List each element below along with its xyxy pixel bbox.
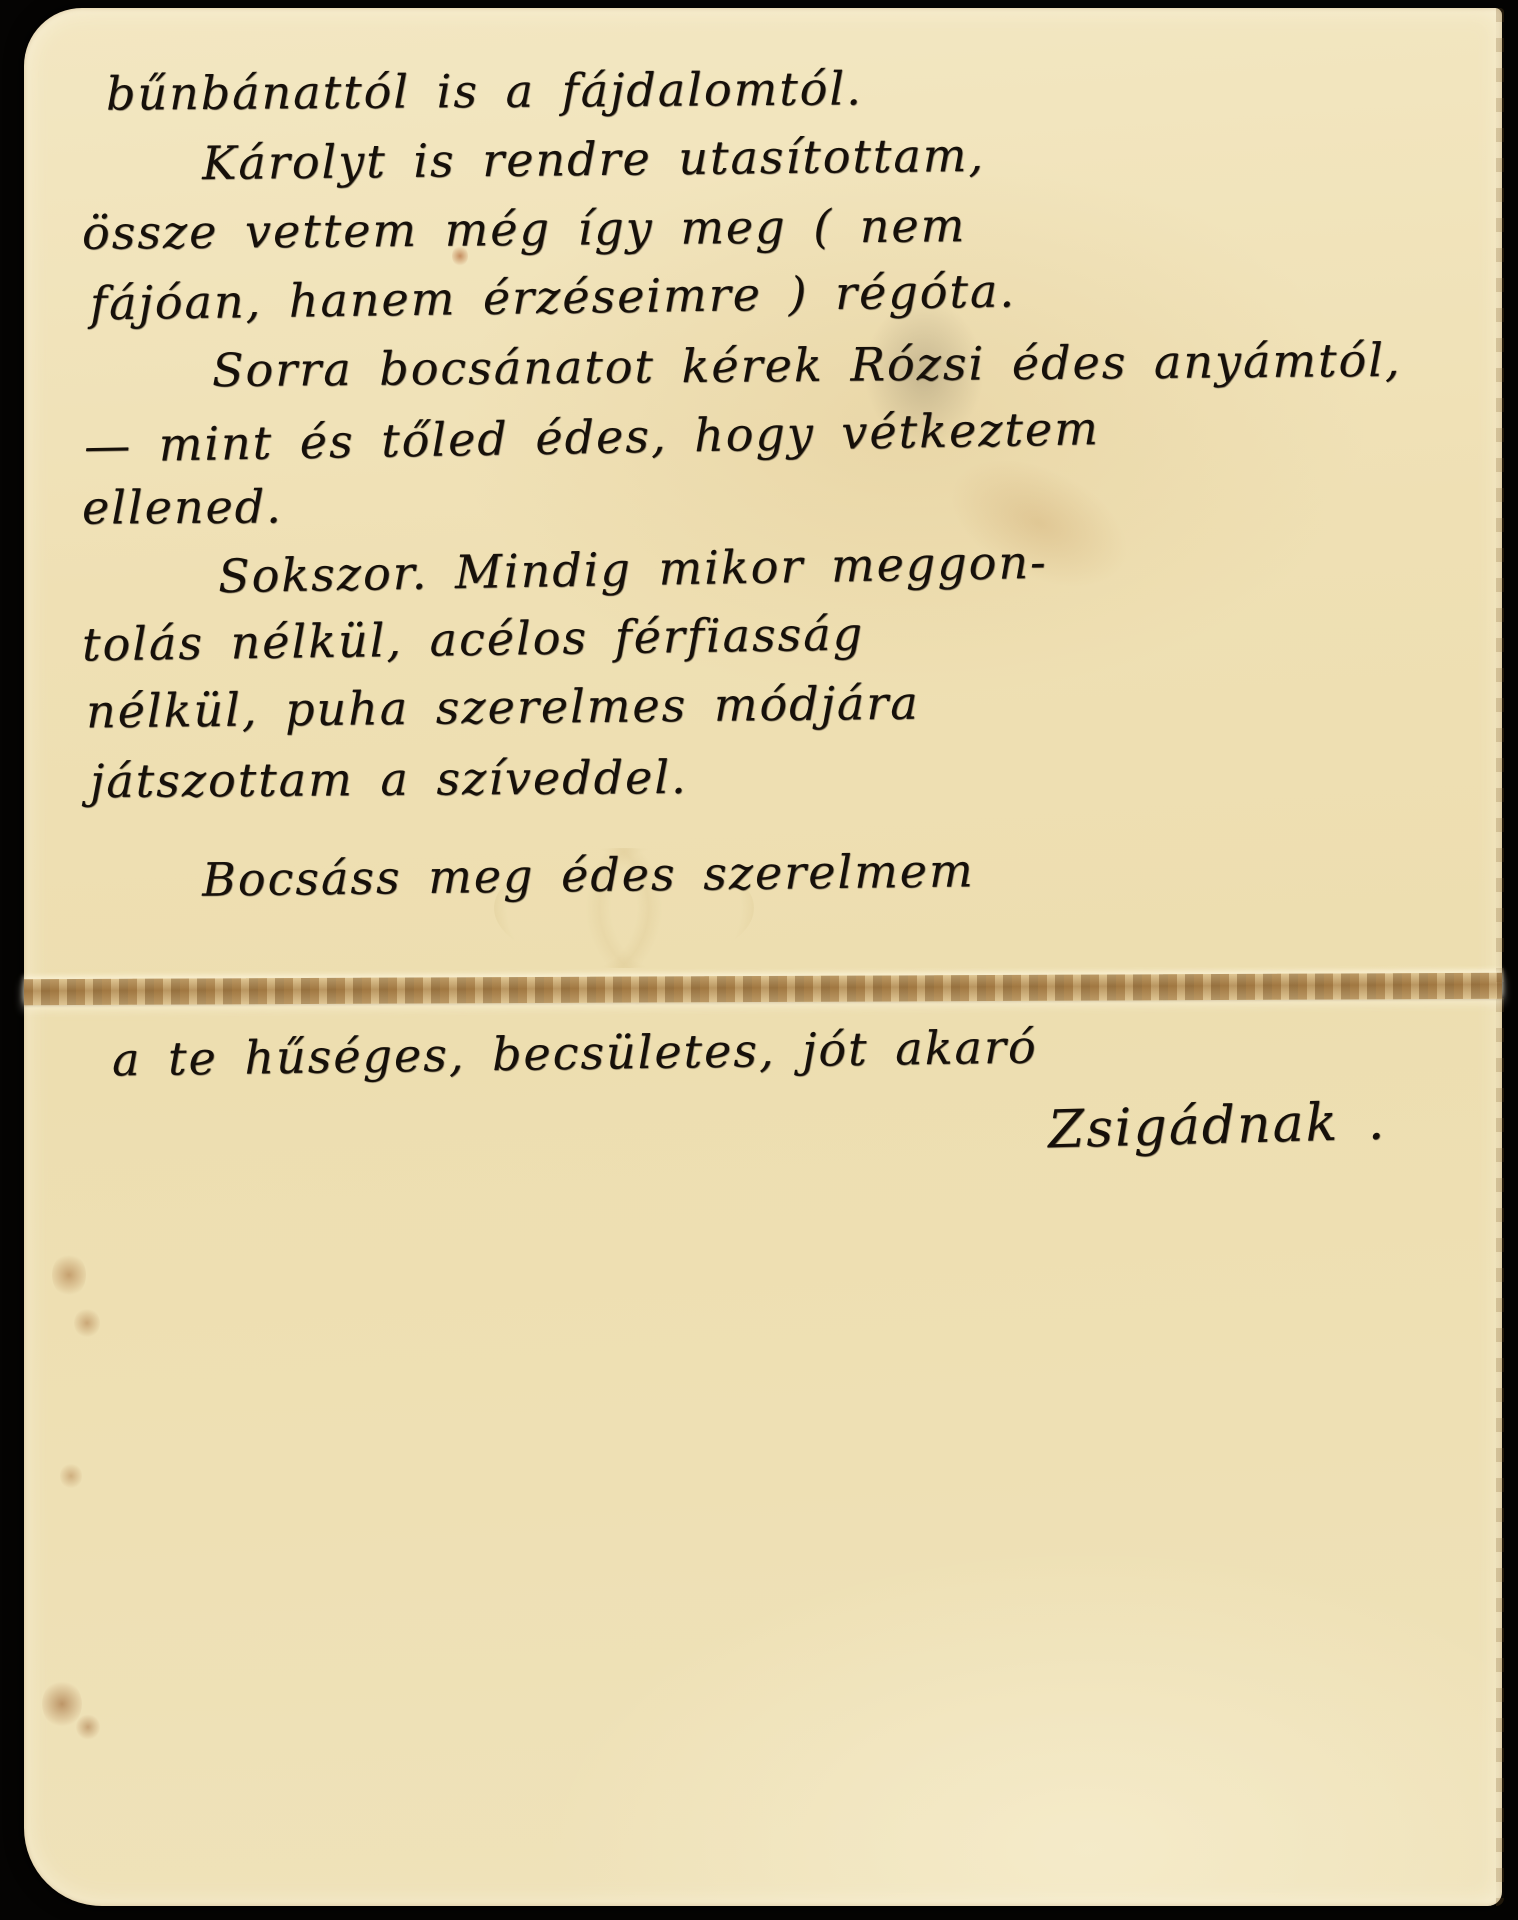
fold-crease (24, 973, 1502, 1005)
torn-paper-edge (1496, 8, 1504, 1906)
handwritten-line: a te hűséges, becsületes, jót akaró (112, 1020, 1038, 1087)
foxing-spot (60, 1463, 82, 1489)
handwritten-line: játszottam a szíveddel. (90, 750, 688, 808)
handwritten-line: bűnbánattól is a fájdalomtól. (106, 61, 863, 120)
handwritten-line: össze vettem még így meg ( nem (82, 198, 967, 260)
handwritten-line: nélkül, puha szerelmes módjára (86, 676, 920, 739)
foxing-spot (74, 1308, 100, 1338)
handwritten-line: tolás nélkül, acélos férfiasság (82, 607, 865, 672)
signature: Zsigádnak . (1047, 1092, 1387, 1161)
foxing-spot (76, 1714, 100, 1740)
foxing-spot (42, 1680, 82, 1728)
handwritten-line: Károlyt is rendre utasítottam, (202, 128, 986, 190)
handwritten-line: — mint és tőled édes, hogy vétkeztem (84, 401, 1101, 473)
handwritten-line: Sorra bocsánatot kérek Rózsi édes anyámt… (212, 333, 1402, 397)
handwritten-line: fájóan, hanem érzéseimre ) régóta. (90, 264, 1017, 331)
scanned-letter-page: bűnbánattól is a fájdalomtól. Károlyt is… (0, 0, 1518, 1920)
handwritten-line: ellened. (82, 479, 283, 534)
letter-paper: bűnbánattól is a fájdalomtól. Károlyt is… (24, 8, 1502, 1906)
handwritten-line: Sokszor. Mindig mikor meggon- (218, 535, 1048, 603)
foxing-spot (52, 1253, 86, 1297)
handwritten-line: Bocsáss meg édes szerelmem (202, 843, 975, 906)
